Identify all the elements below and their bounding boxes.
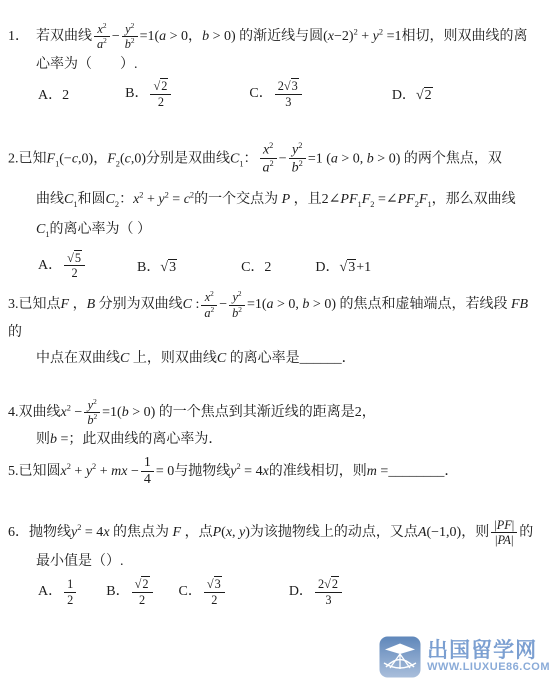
site-name: 出国留学网 (427, 640, 550, 662)
site-watermark: 出国留学网 WWW.LIUXUE86.COM (379, 636, 550, 678)
option-item-a: A．12 (38, 577, 78, 606)
question-line: 最小值是（）. (8, 549, 542, 575)
question-line: 5.已知圆x2 + y2 + mx −14= 0与抛物线y2 = 4x的准线相切… (8, 455, 542, 488)
question-line: 则b =；此双曲线的离心率为． (8, 427, 542, 453)
option-item-a: A．2 (38, 84, 69, 104)
graduation-cap-icon (379, 636, 421, 678)
question-block-6: 6．抛物线y2 = 4x 的焦点为 F ，点P(x, y)为该抛物线上的动点，又… (8, 518, 542, 607)
question-line: C1的离心率为（ ） (8, 217, 542, 243)
document-page: 1． 若双曲线x2a2−y2b2=1(a > 0，b > 0) 的渐近线与圆(x… (0, 0, 550, 680)
question-line: 2.已知F1(−c,0)，F2(c,0)分别是双曲线C1：x2a2−y2b2=1… (8, 141, 542, 178)
option-item-b: B．√22 (125, 79, 173, 108)
option-item-d: D．√3+1 (315, 256, 371, 276)
question-line: 3.已知点F ，B 分别为双曲线C :x2a2−y2b2=1(a > 0, b … (8, 290, 542, 345)
options-row: A．12 B．√22 C．√32 D．2√23 (8, 577, 542, 606)
option-item-b: B．√3 (137, 256, 177, 276)
option-item-b: B．√22 (106, 577, 154, 606)
question-block-3: 3.已知点F ，B 分别为双曲线C :x2a2−y2b2=1(a > 0, b … (8, 290, 542, 371)
options-row: A．2 B．√22 C．2√33 D．√2 (8, 79, 542, 108)
question-block-4: 4.双曲线x2 −y2b2=1(b > 0) 的一个焦点到其渐近线的距离是2， … (8, 398, 542, 453)
question-block-5: 5.已知圆x2 + y2 + mx −14= 0与抛物线y2 = 4x的准线相切… (8, 455, 542, 488)
question-line: 中点在双曲线C 上，则双曲线C 的离心率是______． (8, 346, 542, 372)
question-line: 6．抛物线y2 = 4x 的焦点为 F ，点P(x, y)为该抛物线上的动点，又… (8, 518, 542, 547)
option-item-c: C．√32 (179, 577, 227, 606)
option-item-d: D．√2 (392, 84, 433, 104)
site-url: WWW.LIUXUE86.COM (427, 662, 550, 674)
question-block-2: 2.已知F1(−c,0)，F2(c,0)分别是双曲线C1：x2a2−y2b2=1… (8, 141, 542, 281)
option-item-c: C．2√33 (249, 79, 303, 108)
question-block-1: 1． 若双曲线x2a2−y2b2=1(a > 0，b > 0) 的渐近线与圆(x… (8, 22, 542, 109)
question-line: 心率为（ ）. (8, 52, 542, 78)
question-line: 4.双曲线x2 −y2b2=1(b > 0) 的一个焦点到其渐近线的距离是2， (8, 398, 542, 428)
options-row: A．√52 B．√3 C．2 D．√3+1 (8, 251, 542, 280)
option-item-a: A．√52 (38, 251, 87, 280)
option-item-d: D．2√23 (289, 577, 344, 606)
site-watermark-text: 出国留学网 WWW.LIUXUE86.COM (427, 640, 550, 674)
question-line: 曲线C1和圆C2：x2 + y2 = c2的一个交点为 P ，且2∠PF1F2 … (8, 187, 542, 213)
option-item-c: C．2 (241, 256, 271, 276)
question-line: 1． 若双曲线x2a2−y2b2=1(a > 0，b > 0) 的渐近线与圆(x… (8, 22, 542, 52)
